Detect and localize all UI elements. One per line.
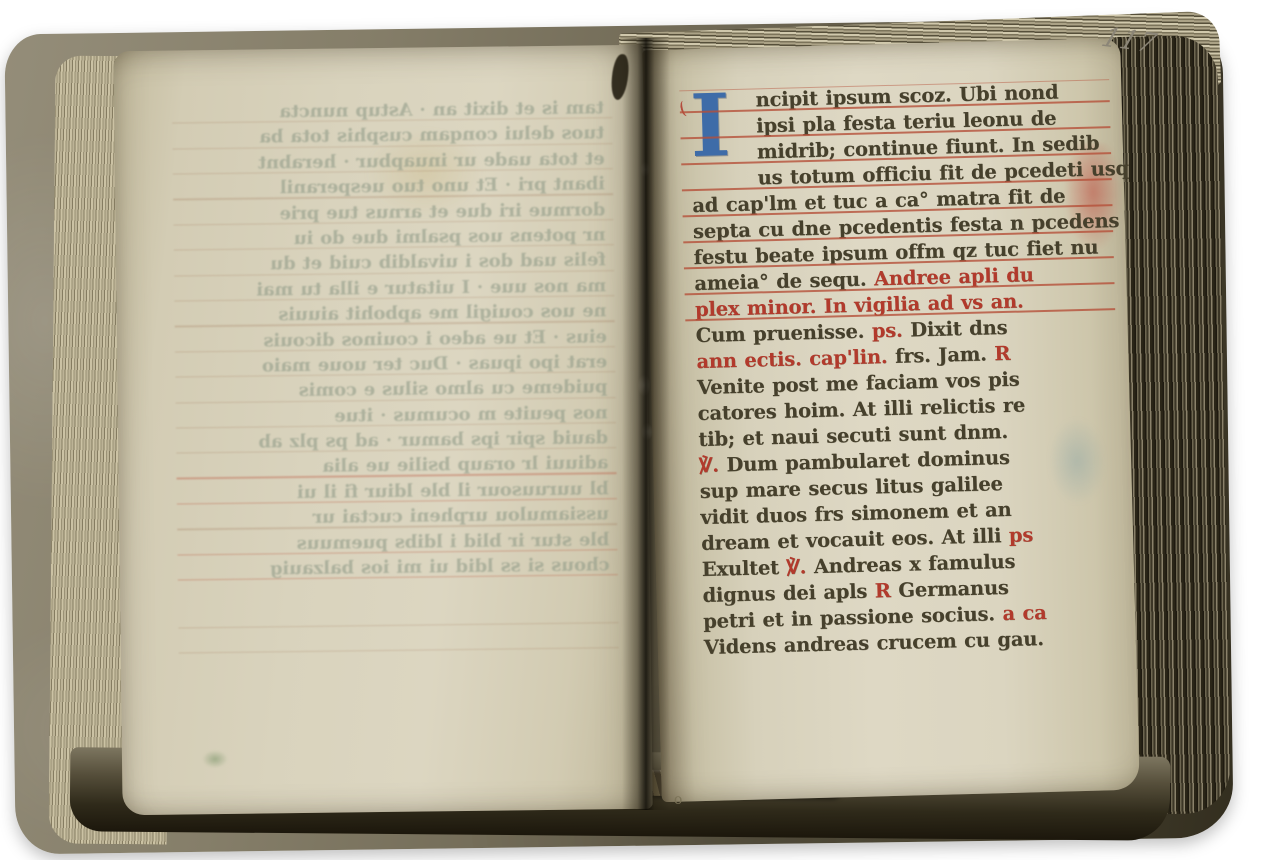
folio-number: 117 [1098,23,1163,60]
bleedthrough-line: chous si ss ldid ui mi ios balzauig [192,552,610,582]
quire-mark: o [674,792,683,808]
parchment-speck [202,750,228,768]
bleedthrough-text: tam is et dixit an · Astup nunctatuos de… [186,95,611,655]
empty-ruled-line [192,625,610,655]
gutter-shadow [622,38,670,810]
right-page-text: I ncipit ipsum scoz. Ubi nondipsi pla fe… [689,78,1122,661]
manuscript-photo: tam is et dixit an · Astup nunctatuos de… [0,0,1280,860]
right-page: I ncipit ipsum scoz. Ubi nondipsi pla fe… [642,38,1140,802]
left-page: tam is et dixit an · Astup nunctatuos de… [113,45,652,815]
